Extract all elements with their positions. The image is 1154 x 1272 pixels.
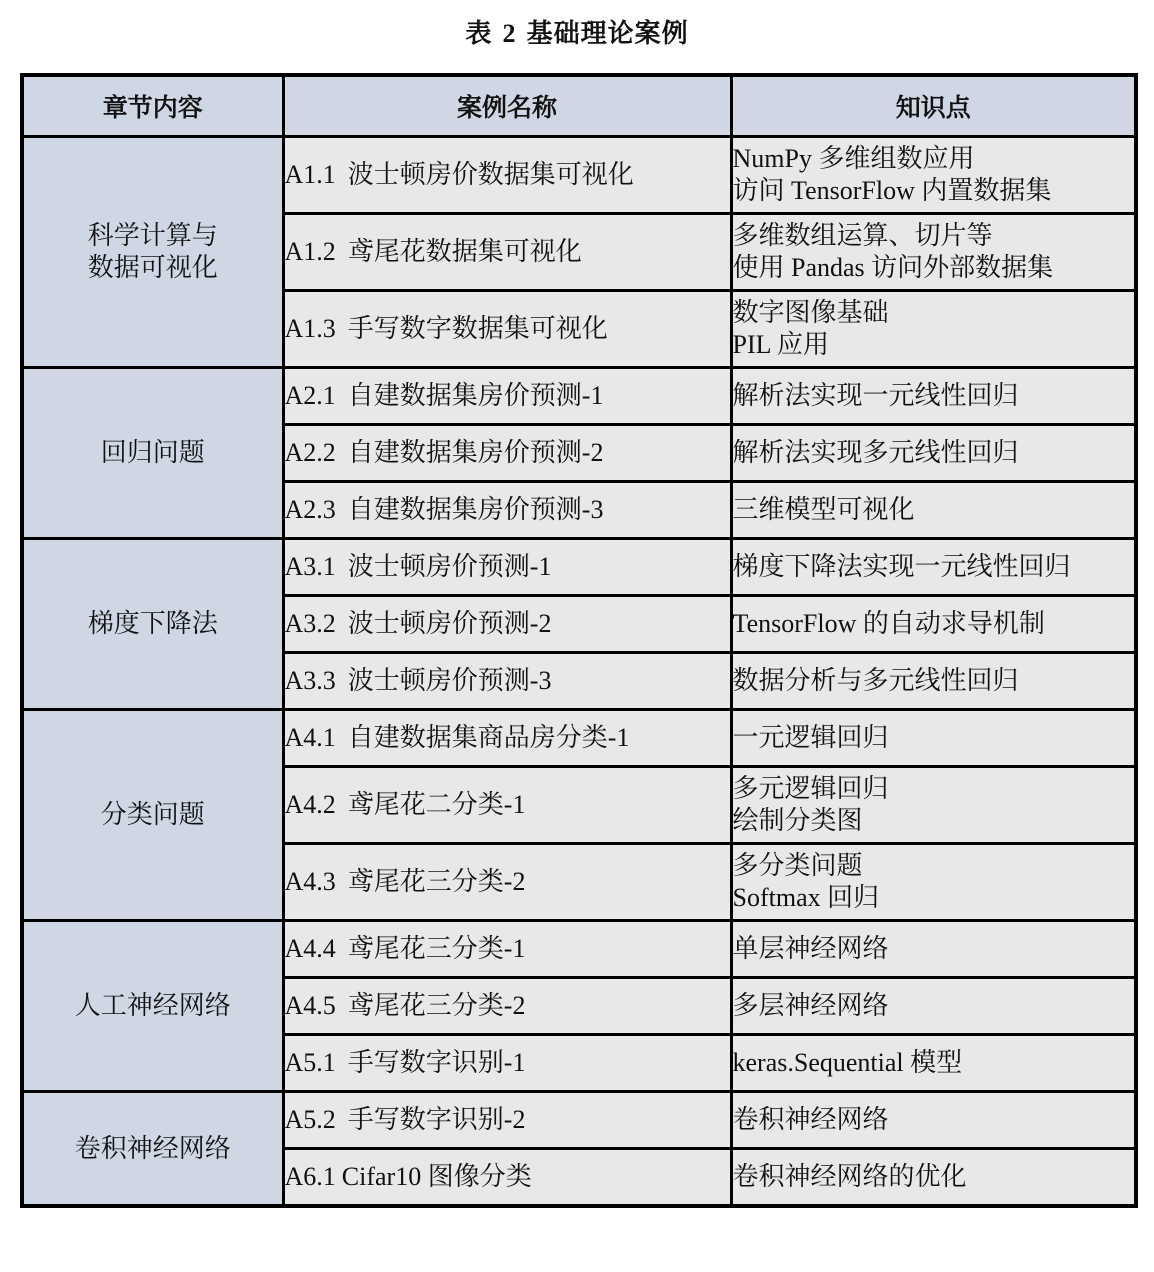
knowledge-cell: 卷积神经网络的优化 <box>731 1149 1136 1207</box>
case-name: 手写数字识别-1 <box>348 1048 526 1077</box>
knowledge-item: PIL 应用 <box>733 329 1135 361</box>
knowledge-cell: 多分类问题Softmax 回归 <box>731 844 1136 921</box>
case-name: 鸢尾花三分类-2 <box>348 867 526 896</box>
case-cell: A5.1手写数字识别-1 <box>283 1035 731 1092</box>
case-name: 鸢尾花三分类-2 <box>348 991 526 1020</box>
case-cell: A2.2自建数据集房价预测-2 <box>283 425 731 482</box>
header-row: 章节内容 案例名称 知识点 <box>22 75 1136 137</box>
knowledge-item: 梯度下降法实现一元线性回归 <box>733 552 1071 581</box>
knowledge-item: TensorFlow 的自动求导机制 <box>733 609 1045 638</box>
knowledge-item: 一元逻辑回归 <box>733 723 889 752</box>
knowledge-item: 三维模型可视化 <box>733 495 915 524</box>
header-chapter: 章节内容 <box>22 75 283 137</box>
chapter-label: 人工神经网络 <box>75 991 231 1021</box>
knowledge-cell: keras.Sequential 模型 <box>731 1035 1136 1092</box>
header-case-name: 案例名称 <box>283 75 731 137</box>
case-code: A5.1 <box>285 1048 336 1077</box>
case-code: A4.4 <box>285 934 336 963</box>
case-name: 波士顿房价预测-2 <box>348 609 552 638</box>
knowledge-item: 数据分析与多元线性回归 <box>733 666 1019 695</box>
case-cell: A1.3手写数字数据集可视化 <box>283 291 731 368</box>
knowledge-item: 使用 Pandas 访问外部数据集 <box>733 252 1135 284</box>
knowledge-item: 多分类问题 <box>733 850 1135 882</box>
chapter-cell: 分类问题 <box>22 710 283 921</box>
case-cell: A4.4鸢尾花三分类-1 <box>283 921 731 978</box>
knowledge-item: keras.Sequential 模型 <box>733 1048 963 1077</box>
chapter-label: 卷积神经网络 <box>75 1134 231 1164</box>
case-name: 自建数据集商品房分类-1 <box>348 723 630 752</box>
case-code: A4.1 <box>285 723 336 752</box>
case-cell: A1.1波士顿房价数据集可视化 <box>283 137 731 214</box>
case-name: 鸢尾花数据集可视化 <box>348 237 582 267</box>
case-cell: A3.2波士顿房价预测-2 <box>283 596 731 653</box>
case-code: A5.2 <box>285 1105 336 1134</box>
knowledge-cell: 三维模型可视化 <box>731 482 1136 539</box>
knowledge-item: 单层神经网络 <box>733 934 889 963</box>
knowledge-item: Softmax 回归 <box>733 882 1135 914</box>
case-code: A4.2 <box>285 790 336 819</box>
case-cell: A6.1Cifar10 图像分类 <box>283 1149 731 1207</box>
case-code: A1.2 <box>285 237 336 266</box>
knowledge-cell: 多维数组运算、切片等使用 Pandas 访问外部数据集 <box>731 214 1136 291</box>
knowledge-cell: 数字图像基础PIL 应用 <box>731 291 1136 368</box>
knowledge-cell: 解析法实现多元线性回归 <box>731 425 1136 482</box>
case-name: 波士顿房价预测-1 <box>348 552 552 581</box>
case-name: 波士顿房价数据集可视化 <box>348 160 634 190</box>
knowledge-item: 绘制分类图 <box>733 805 1135 837</box>
knowledge-item: 解析法实现一元线性回归 <box>733 381 1019 410</box>
knowledge-item: 数字图像基础 <box>733 297 1135 329</box>
chapter-label: 分类问题 <box>101 800 205 830</box>
chapter-cell: 人工神经网络 <box>22 921 283 1092</box>
knowledge-cell: 卷积神经网络 <box>731 1092 1136 1149</box>
table-caption: 表 2 基础理论案例 <box>0 14 1154 54</box>
knowledge-cell: 梯度下降法实现一元线性回归 <box>731 539 1136 596</box>
table-row: 人工神经网络 A4.4鸢尾花三分类-1 单层神经网络 <box>22 921 1136 978</box>
chapter-cell: 梯度下降法 <box>22 539 283 710</box>
case-cell: A4.1自建数据集商品房分类-1 <box>283 710 731 767</box>
knowledge-cell: TensorFlow 的自动求导机制 <box>731 596 1136 653</box>
table-row: 梯度下降法 A3.1波士顿房价预测-1 梯度下降法实现一元线性回归 <box>22 539 1136 596</box>
chapter-label: 梯度下降法 <box>88 609 218 639</box>
case-name: 自建数据集房价预测-2 <box>348 438 604 467</box>
case-name: 手写数字识别-2 <box>348 1105 526 1134</box>
case-name: Cifar10 图像分类 <box>342 1162 532 1191</box>
caption-prefix: 表 <box>465 19 492 49</box>
case-cell: A2.3自建数据集房价预测-3 <box>283 482 731 539</box>
knowledge-item: NumPy 多维组数应用 <box>733 143 1135 175</box>
knowledge-item: 访问 TensorFlow 内置数据集 <box>733 175 1135 207</box>
knowledge-cell: 一元逻辑回归 <box>731 710 1136 767</box>
knowledge-cell: NumPy 多维组数应用访问 TensorFlow 内置数据集 <box>731 137 1136 214</box>
case-cell: A1.2鸢尾花数据集可视化 <box>283 214 731 291</box>
table-row: 分类问题 A4.1自建数据集商品房分类-1 一元逻辑回归 <box>22 710 1136 767</box>
case-name: 鸢尾花三分类-1 <box>348 934 526 963</box>
header-knowledge: 知识点 <box>731 75 1136 137</box>
case-cell: A3.1波士顿房价预测-1 <box>283 539 731 596</box>
chapter-cell: 回归问题 <box>22 368 283 539</box>
case-code: A4.5 <box>285 991 336 1020</box>
case-code: A3.2 <box>285 609 336 638</box>
chapter-cell: 卷积神经网络 <box>22 1092 283 1207</box>
table-row: 科学计算与 数据可视化 A1.1波士顿房价数据集可视化 NumPy 多维组数应用… <box>22 137 1136 214</box>
chapter-cell: 科学计算与 数据可视化 <box>22 137 283 368</box>
knowledge-item: 多维数组运算、切片等 <box>733 220 1135 252</box>
case-code: A6.1 <box>285 1162 336 1191</box>
chapter-label: 科学计算与 <box>24 220 282 252</box>
knowledge-cell: 单层神经网络 <box>731 921 1136 978</box>
table-row: 卷积神经网络 A5.2手写数字识别-2 卷积神经网络 <box>22 1092 1136 1149</box>
knowledge-cell: 数据分析与多元线性回归 <box>731 653 1136 710</box>
knowledge-cell: 解析法实现一元线性回归 <box>731 368 1136 425</box>
case-name: 波士顿房价预测-3 <box>348 666 552 695</box>
case-cell: A5.2手写数字识别-2 <box>283 1092 731 1149</box>
case-code: A4.3 <box>285 867 336 896</box>
caption-number: 2 <box>503 19 517 48</box>
knowledge-cell: 多元逻辑回归绘制分类图 <box>731 767 1136 844</box>
chapter-label: 回归问题 <box>101 438 205 468</box>
case-table: 章节内容 案例名称 知识点 科学计算与 数据可视化 A1.1波士顿房价数据集可视… <box>20 73 1138 1208</box>
knowledge-item: 卷积神经网络 <box>733 1105 889 1134</box>
case-code: A2.1 <box>285 381 336 410</box>
case-name: 鸢尾花二分类-1 <box>348 790 526 819</box>
case-code: A3.3 <box>285 666 336 695</box>
case-cell: A4.3鸢尾花三分类-2 <box>283 844 731 921</box>
case-code: A2.2 <box>285 438 336 467</box>
case-name: 自建数据集房价预测-3 <box>348 495 604 524</box>
case-cell: A3.3波士顿房价预测-3 <box>283 653 731 710</box>
case-name: 自建数据集房价预测-1 <box>348 381 604 410</box>
knowledge-item: 解析法实现多元线性回归 <box>733 438 1019 467</box>
case-name: 手写数字数据集可视化 <box>348 314 608 344</box>
knowledge-item: 多元逻辑回归 <box>733 773 1135 805</box>
table-row: 回归问题 A2.1自建数据集房价预测-1 解析法实现一元线性回归 <box>22 368 1136 425</box>
chapter-label: 数据可视化 <box>24 252 282 284</box>
case-code: A2.3 <box>285 495 336 524</box>
knowledge-item: 卷积神经网络的优化 <box>733 1162 967 1191</box>
caption-text: 基础理论案例 <box>527 19 689 49</box>
knowledge-cell: 多层神经网络 <box>731 978 1136 1035</box>
case-code: A1.1 <box>285 160 336 189</box>
case-cell: A4.5鸢尾花三分类-2 <box>283 978 731 1035</box>
case-cell: A2.1自建数据集房价预测-1 <box>283 368 731 425</box>
case-code: A3.1 <box>285 552 336 581</box>
case-code: A1.3 <box>285 314 336 343</box>
case-cell: A4.2鸢尾花二分类-1 <box>283 767 731 844</box>
knowledge-item: 多层神经网络 <box>733 991 889 1020</box>
